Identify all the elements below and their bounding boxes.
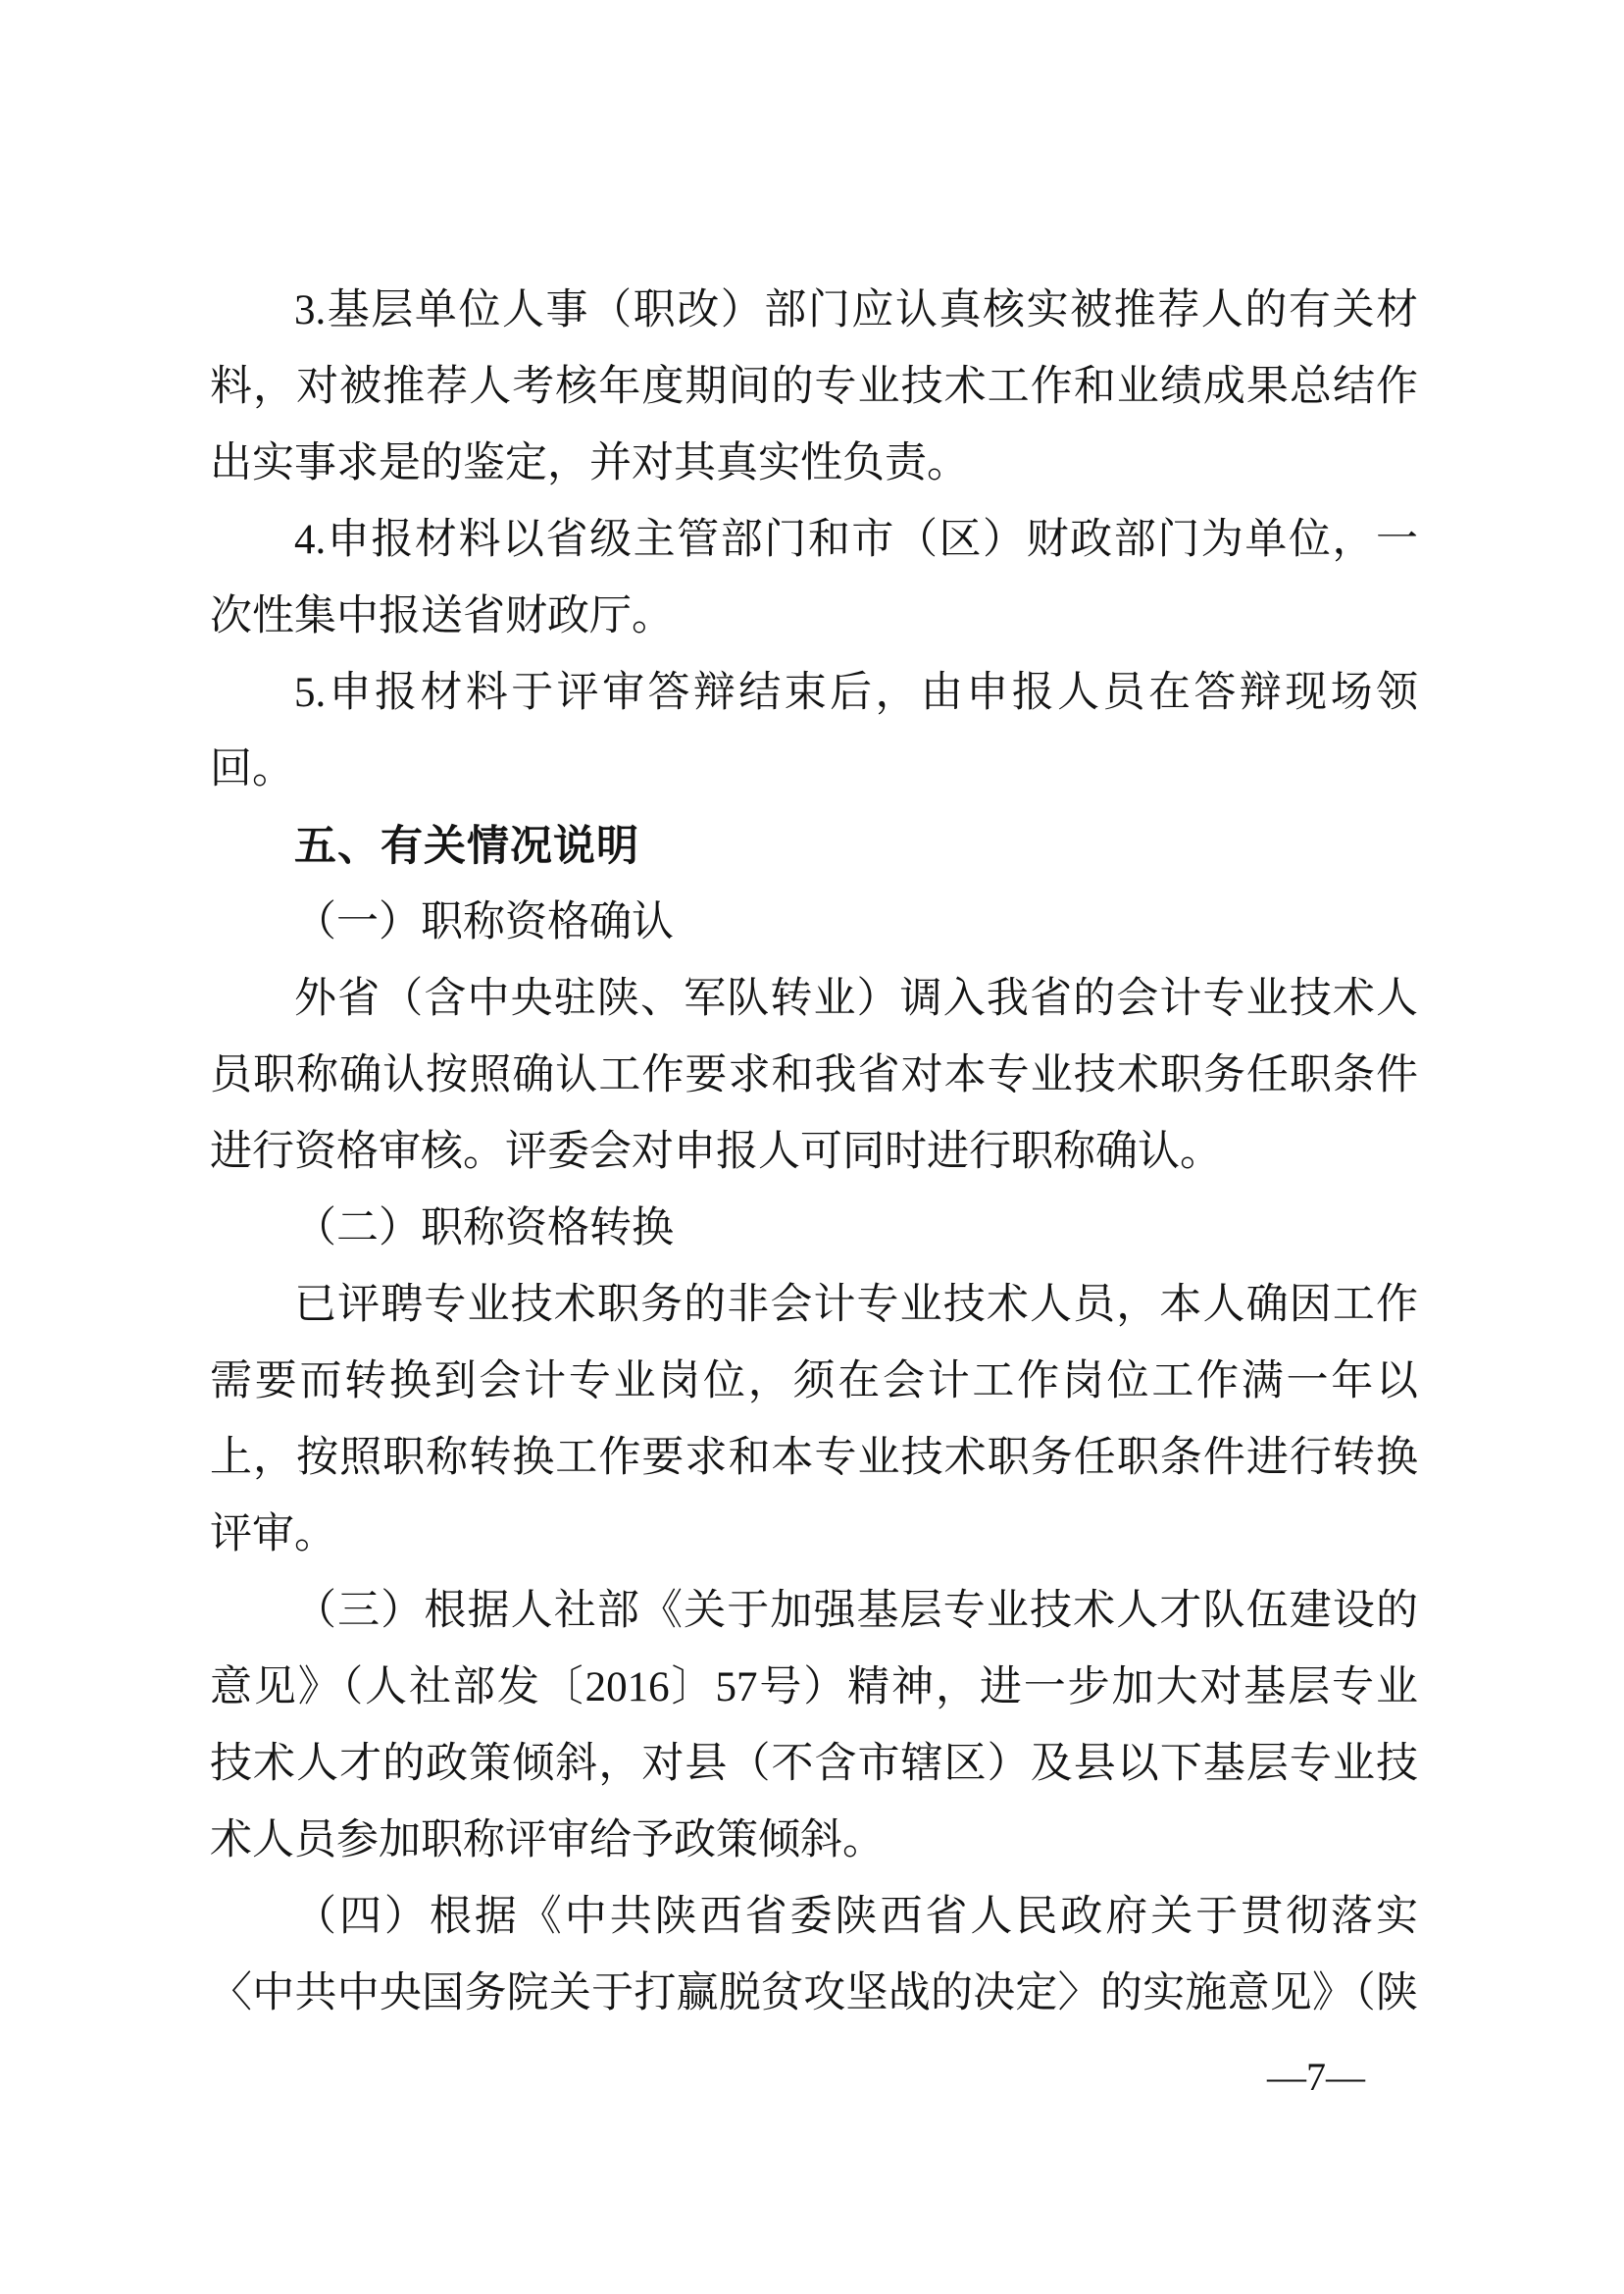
text-line: （四）根据《中共陕西省委陕西省人民政府关于贯彻落实: [210, 1879, 1418, 1956]
text-line: 回。: [210, 732, 1418, 808]
text-line: 3.基层单位人事（职改）部门应认真核实被推荐人的有关材: [210, 273, 1418, 349]
text-line: 上，按照职称转换工作要求和本专业技术职务任职条件进行转换: [210, 1420, 1418, 1497]
text-line: 5.申报材料于评审答辩结束后，由申报人员在答辩现场领: [210, 655, 1418, 732]
text-line: 术人员参加职称评审给予政策倾斜。: [210, 1803, 1418, 1879]
text-line: 进行资格审核。评委会对申报人可同时进行职称确认。: [210, 1114, 1418, 1191]
text-line: 次性集中报送省财政厅。: [210, 579, 1418, 655]
text-line: 评审。: [210, 1497, 1418, 1573]
section-heading: 五、有关情况说明: [210, 808, 1418, 885]
text-line: 技术人才的政策倾斜，对县（不含市辖区）及县以下基层专业技: [210, 1726, 1418, 1803]
text-line: 4.申报材料以省级主管部门和市（区）财政部门为单位，一: [210, 502, 1418, 579]
text-line: （三）根据人社部《关于加强基层专业技术人才队伍建设的: [210, 1573, 1418, 1650]
text-line: 员职称确认按照确认工作要求和我省对本专业技术职务任职条件: [210, 1038, 1418, 1114]
text-line: 意见》（人社部发〔2016〕57号）精神，进一步加大对基层专业: [210, 1650, 1418, 1726]
text-line: 需要而转换到会计专业岗位，须在会计工作岗位工作满一年以: [210, 1344, 1418, 1420]
text-line: 已评聘专业技术职务的非会计专业技术人员，本人确因工作: [210, 1267, 1418, 1344]
text-line: 外省（含中央驻陕、军队转业）调入我省的会计专业技术人: [210, 961, 1418, 1038]
subsection-heading: （一）职称资格确认: [210, 885, 1418, 961]
text-line: 出实事求是的鉴定，并对其真实性负责。: [210, 426, 1418, 502]
text-line: 〈中共中央国务院关于打赢脱贫攻坚战的决定〉的实施意见》（陕: [210, 1956, 1418, 2032]
document-body: 3.基层单位人事（职改）部门应认真核实被推荐人的有关材 料，对被推荐人考核年度期…: [210, 273, 1418, 2032]
subsection-heading: （二）职称资格转换: [210, 1191, 1418, 1267]
page-number: —7—: [1267, 2050, 1365, 2105]
text-line: 料，对被推荐人考核年度期间的专业技术工作和业绩成果总结作: [210, 349, 1418, 426]
document-page: 3.基层单位人事（职改）部门应认真核实被推荐人的有关材 料，对被推荐人考核年度期…: [0, 0, 1624, 2294]
